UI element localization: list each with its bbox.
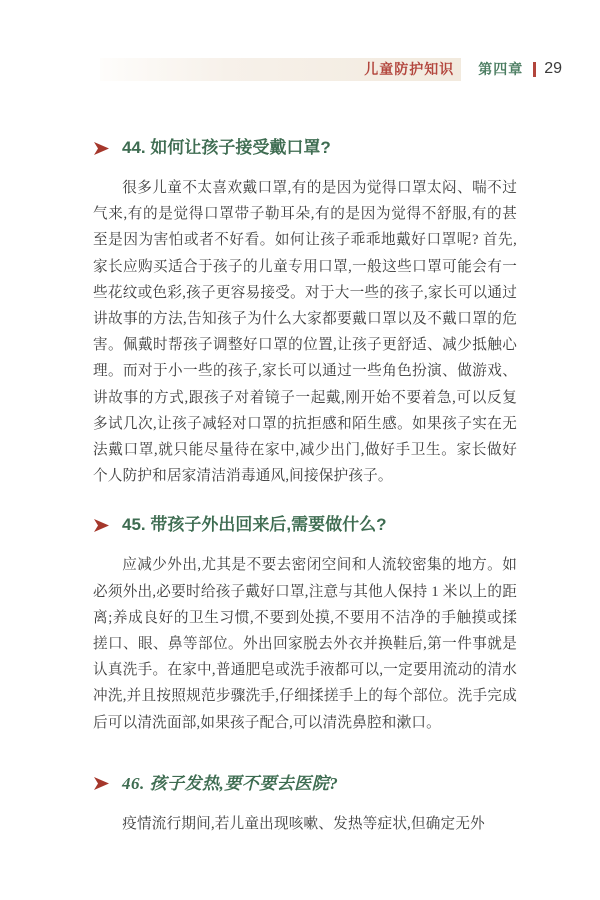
question-heading: 46. 孩子发热,要不要去医院? [93,772,517,796]
question-title: 45. 带孩子外出回来后,需要做什么? [122,513,386,537]
qa-section-46: 46. 孩子发热,要不要去医院? 疫情流行期间,若儿童出现咳嗽、发热等症状,但确… [93,772,517,837]
arrow-bullet-icon [93,141,110,156]
arrow-bullet-icon [93,518,110,533]
answer-paragraph: 应减少外出,尤其是不要去密闭空间和人流较密集的地方。如必须外出,必要时给孩子戴好… [93,552,517,735]
arrow-bullet-icon [93,776,110,791]
answer-paragraph: 疫情流行期间,若儿童出现咳嗽、发热等症状,但确定无外 [93,811,517,837]
question-heading: 44. 如何让孩子接受戴口罩? [93,136,517,160]
qa-section-44: 44. 如何让孩子接受戴口罩? 很多儿童不太喜欢戴口罩,有的是因为觉得口罩太闷、… [93,136,517,489]
page-content: 44. 如何让孩子接受戴口罩? 很多儿童不太喜欢戴口罩,有的是因为觉得口罩太闷、… [93,0,517,837]
header-divider-bar [533,62,536,77]
question-title: 44. 如何让孩子接受戴口罩? [122,136,331,160]
question-heading: 45. 带孩子外出回来后,需要做什么? [93,513,517,537]
question-title: 46. 孩子发热,要不要去医院? [122,772,338,796]
answer-paragraph: 很多儿童不太喜欢戴口罩,有的是因为觉得口罩太闷、喘不过气来,有的是觉得口罩带子勒… [93,175,517,489]
book-page: 儿童防护知识 第四章 29 44. 如何让孩子接受戴口罩? 很多儿童不太喜欢戴口… [0,0,600,900]
qa-section-45: 45. 带孩子外出回来后,需要做什么? 应减少外出,尤其是不要去密闭空间和人流较… [93,513,517,735]
page-number: 29 [544,60,562,78]
